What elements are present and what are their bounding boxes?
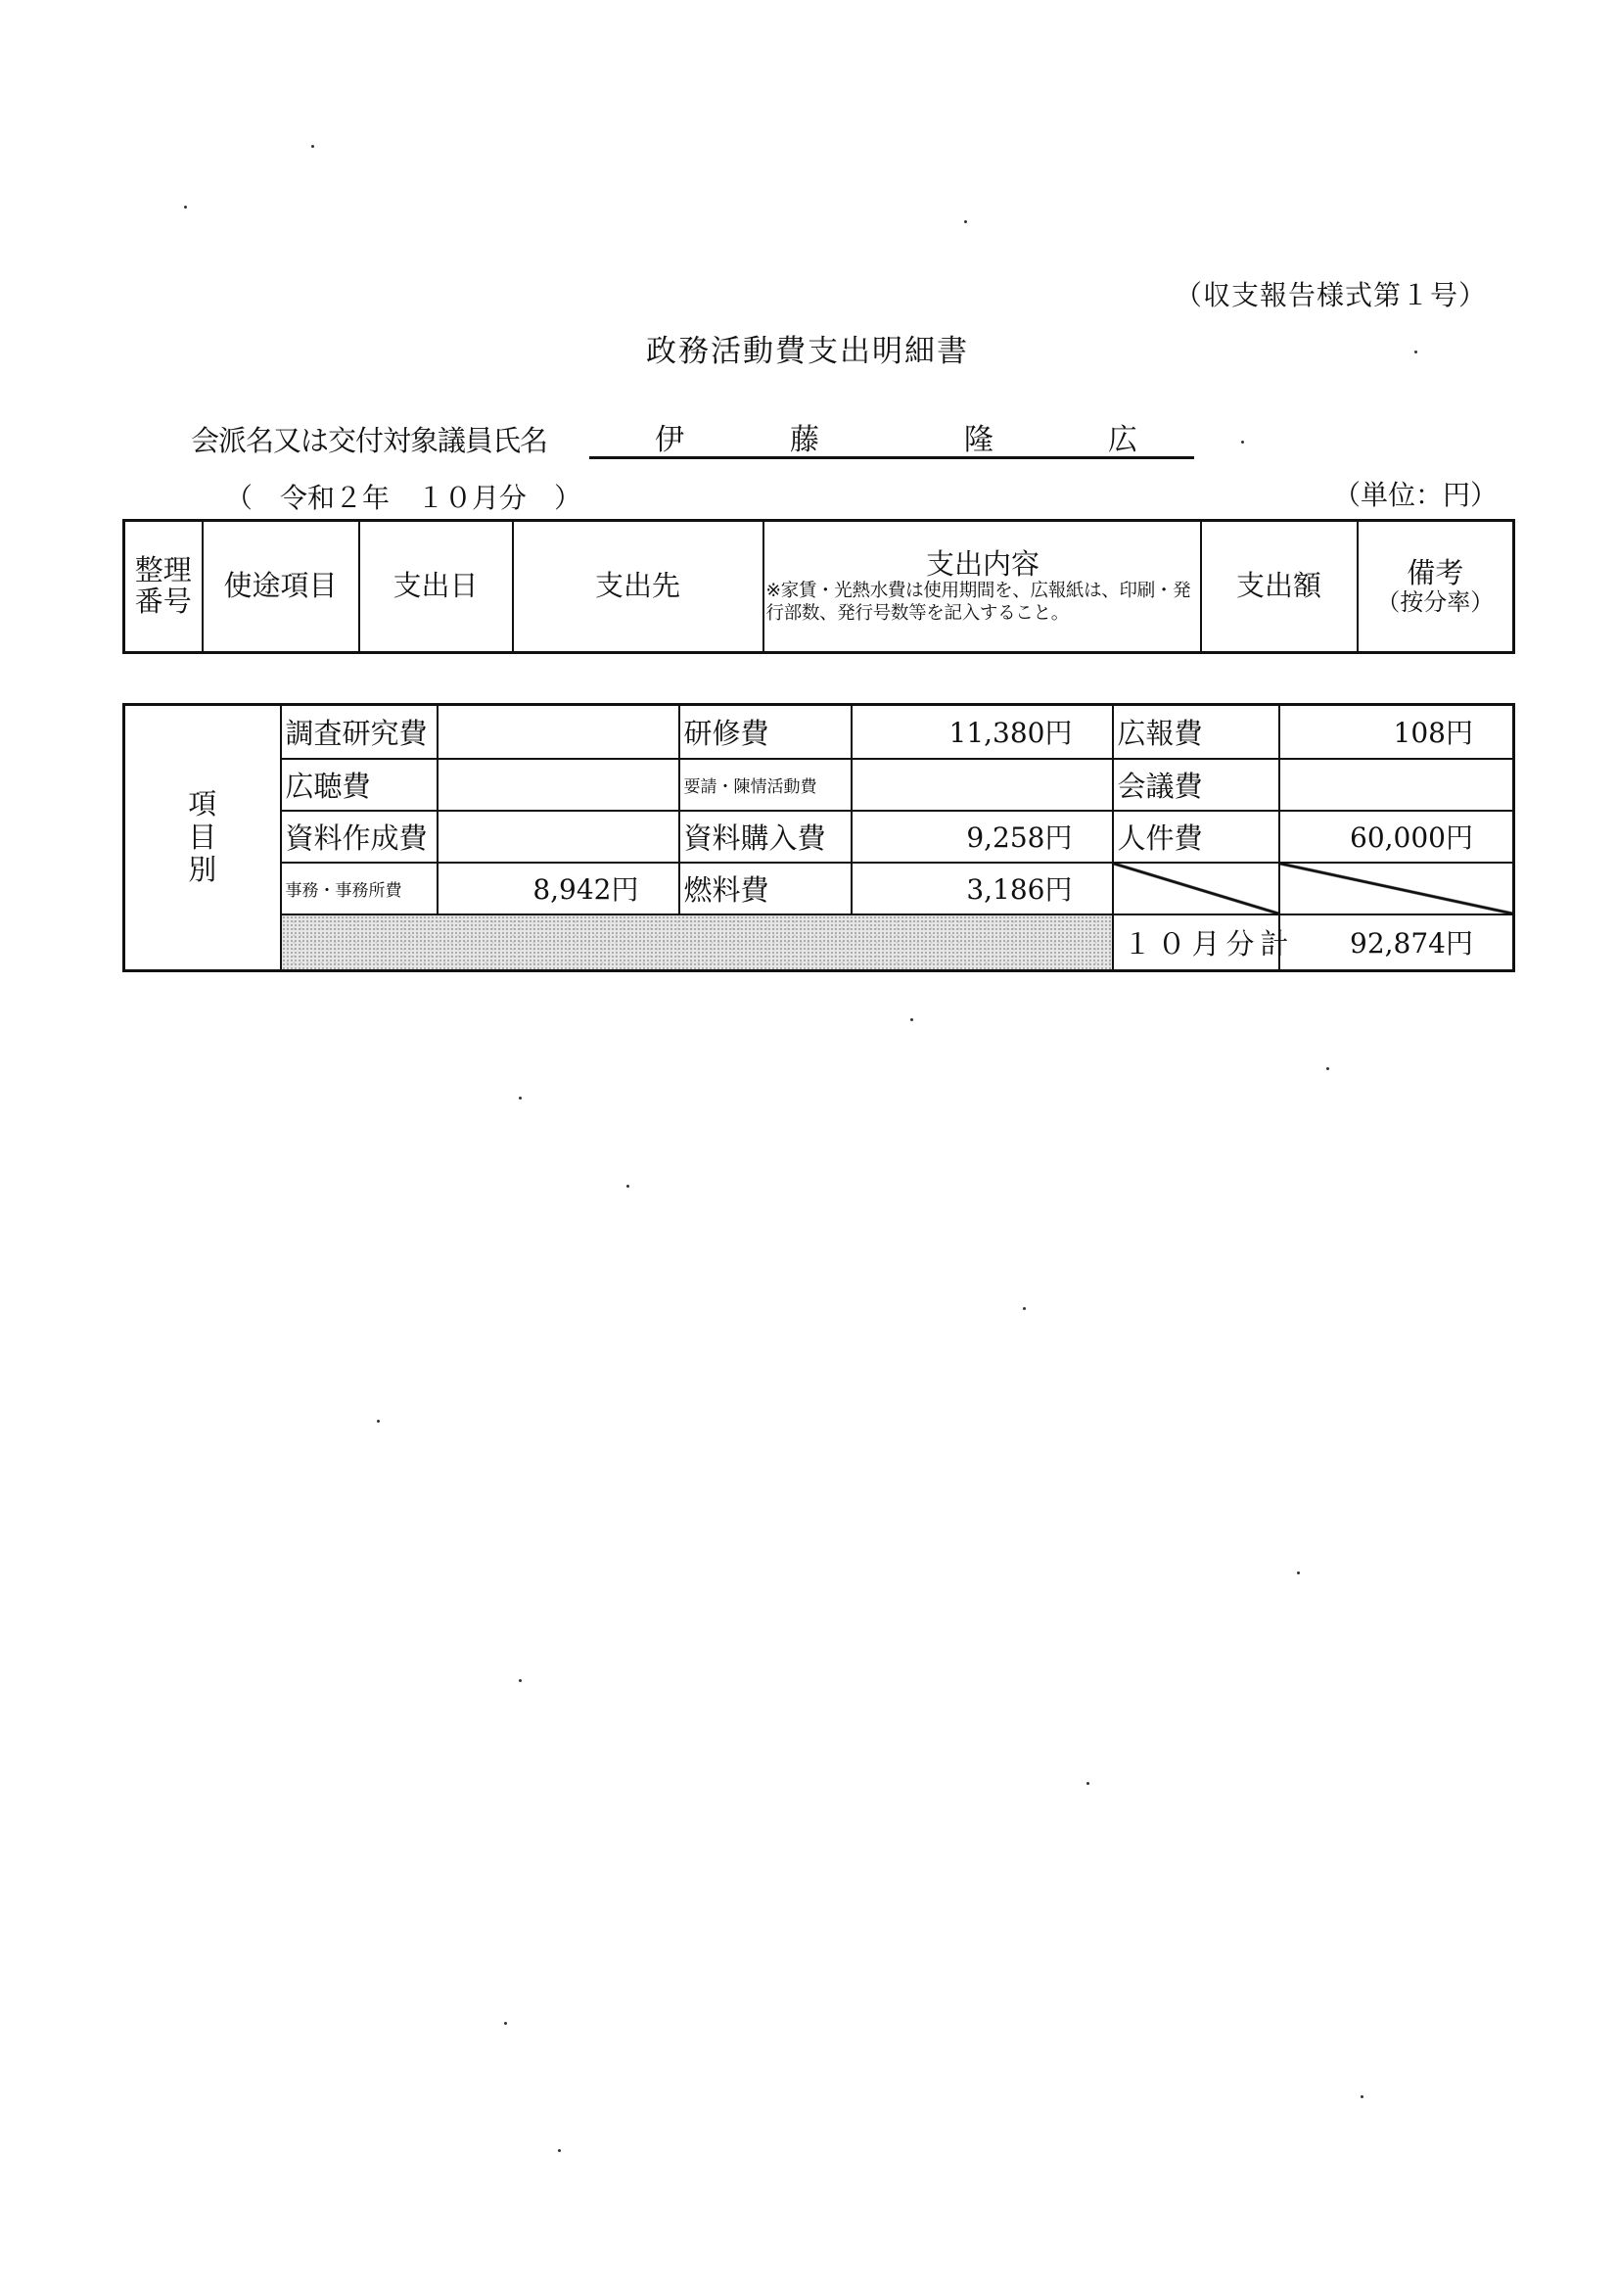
scan-speck xyxy=(626,1185,629,1188)
table-row: 資料作成費 資料購入費 9,258円 人件費 60,000円 xyxy=(124,811,1514,863)
category-label: 広聴費 xyxy=(281,759,438,811)
category-amount xyxy=(852,759,1113,811)
scan-speck xyxy=(1086,1782,1089,1785)
header-content-note: ※家賃・光熱水費は使用期間を、広報紙は、印刷・発行部数、発行号数等を記入すること… xyxy=(766,581,1200,624)
header-content-title: 支出内容 xyxy=(766,548,1200,581)
header-content: 支出内容 ※家賃・光熱水費は使用期間を、広報紙は、印刷・発行部数、発行号数等を記… xyxy=(763,521,1201,653)
member-name-label: 会派名又は交付対象議員氏名 xyxy=(191,419,547,459)
category-amount xyxy=(438,759,679,811)
category-label: 研修費 xyxy=(679,705,852,759)
category-amount: 60,000円 xyxy=(1279,811,1514,863)
total-label: １０月分計 xyxy=(1113,914,1279,971)
expenditure-header-table: 整理番号 使途項目 支出日 支出先 支出内容 ※家賃・光熱水費は使用期間を、広報… xyxy=(122,519,1515,654)
category-amount: 8,942円 xyxy=(438,863,679,914)
unit-label: （単位：円） xyxy=(1333,474,1498,513)
header-remarks-sub: （按分率） xyxy=(1359,589,1513,617)
scan-speck xyxy=(519,1097,522,1100)
scan-speck xyxy=(558,2149,561,2152)
crossed-out-cell xyxy=(1113,863,1279,914)
header-serial-number: 整理番号 xyxy=(124,521,203,653)
category-label: 会議費 xyxy=(1113,759,1279,811)
category-label: 事務・事務所費 xyxy=(281,863,438,914)
header-amount: 支出額 xyxy=(1201,521,1358,653)
form-number: （収支報告様式第１号） xyxy=(1175,274,1487,313)
member-name-char: 伊 xyxy=(655,415,684,458)
table-row: 広聴費 要請・陳情活動費 会議費 xyxy=(124,759,1514,811)
category-amount: 108円 xyxy=(1279,705,1514,759)
category-label: 資料購入費 xyxy=(679,811,852,863)
scan-speck xyxy=(1361,2095,1363,2098)
category-amount xyxy=(1279,759,1514,811)
header-date: 支出日 xyxy=(359,521,513,653)
category-amount: 9,258円 xyxy=(852,811,1113,863)
member-name-char: 藤 xyxy=(790,415,819,458)
crossed-out-cell xyxy=(1279,863,1514,914)
scan-speck xyxy=(964,220,967,223)
header-remarks-title: 備考 xyxy=(1359,557,1513,589)
group-label-by-item: 項 目 別 xyxy=(124,705,281,971)
document-title: 政務活動費支出明細書 xyxy=(646,326,969,370)
scan-speck xyxy=(504,2022,507,2025)
header-payee: 支出先 xyxy=(513,521,763,653)
member-name-field: 伊 藤 隆 広 xyxy=(589,411,1194,459)
category-label: 燃料費 xyxy=(679,863,852,914)
category-label: 広報費 xyxy=(1113,705,1279,759)
scan-speck xyxy=(1414,351,1417,353)
scan-speck xyxy=(519,1679,522,1682)
category-summary-table: 項 目 別 調査研究費 研修費 11,380円 広報費 108円 広聴費 要請・… xyxy=(122,703,1515,972)
member-name-char: 広 xyxy=(1108,415,1137,458)
scan-speck xyxy=(377,1420,380,1423)
member-name-char: 隆 xyxy=(964,415,993,458)
table-row-total: １０月分計 92,874円 xyxy=(124,914,1514,971)
table-row: 項 目 別 調査研究費 研修費 11,380円 広報費 108円 xyxy=(124,705,1514,759)
scan-speck xyxy=(1326,1067,1329,1070)
total-amount: 92,874円 xyxy=(1279,914,1514,971)
category-label: 調査研究費 xyxy=(281,705,438,759)
category-amount xyxy=(438,705,679,759)
report-period: （ 令和２年 １０月分 ） xyxy=(225,477,581,516)
category-label: 資料作成費 xyxy=(281,811,438,863)
scan-speck xyxy=(1023,1307,1026,1310)
header-remarks: 備考 （按分率） xyxy=(1358,521,1514,653)
category-amount: 3,186円 xyxy=(852,863,1113,914)
scan-speck xyxy=(1241,441,1244,444)
scan-speck xyxy=(184,206,187,209)
table-row: 事務・事務所費 8,942円 燃料費 3,186円 xyxy=(124,863,1514,914)
category-label: 要請・陳情活動費 xyxy=(679,759,852,811)
header-category: 使途項目 xyxy=(203,521,359,653)
scan-speck xyxy=(311,145,314,148)
scan-speck xyxy=(1297,1571,1300,1574)
category-amount: 11,380円 xyxy=(852,705,1113,759)
scan-speck xyxy=(910,1018,913,1021)
category-amount xyxy=(438,811,679,863)
shaded-blank-area xyxy=(281,914,1113,971)
category-label: 人件費 xyxy=(1113,811,1279,863)
